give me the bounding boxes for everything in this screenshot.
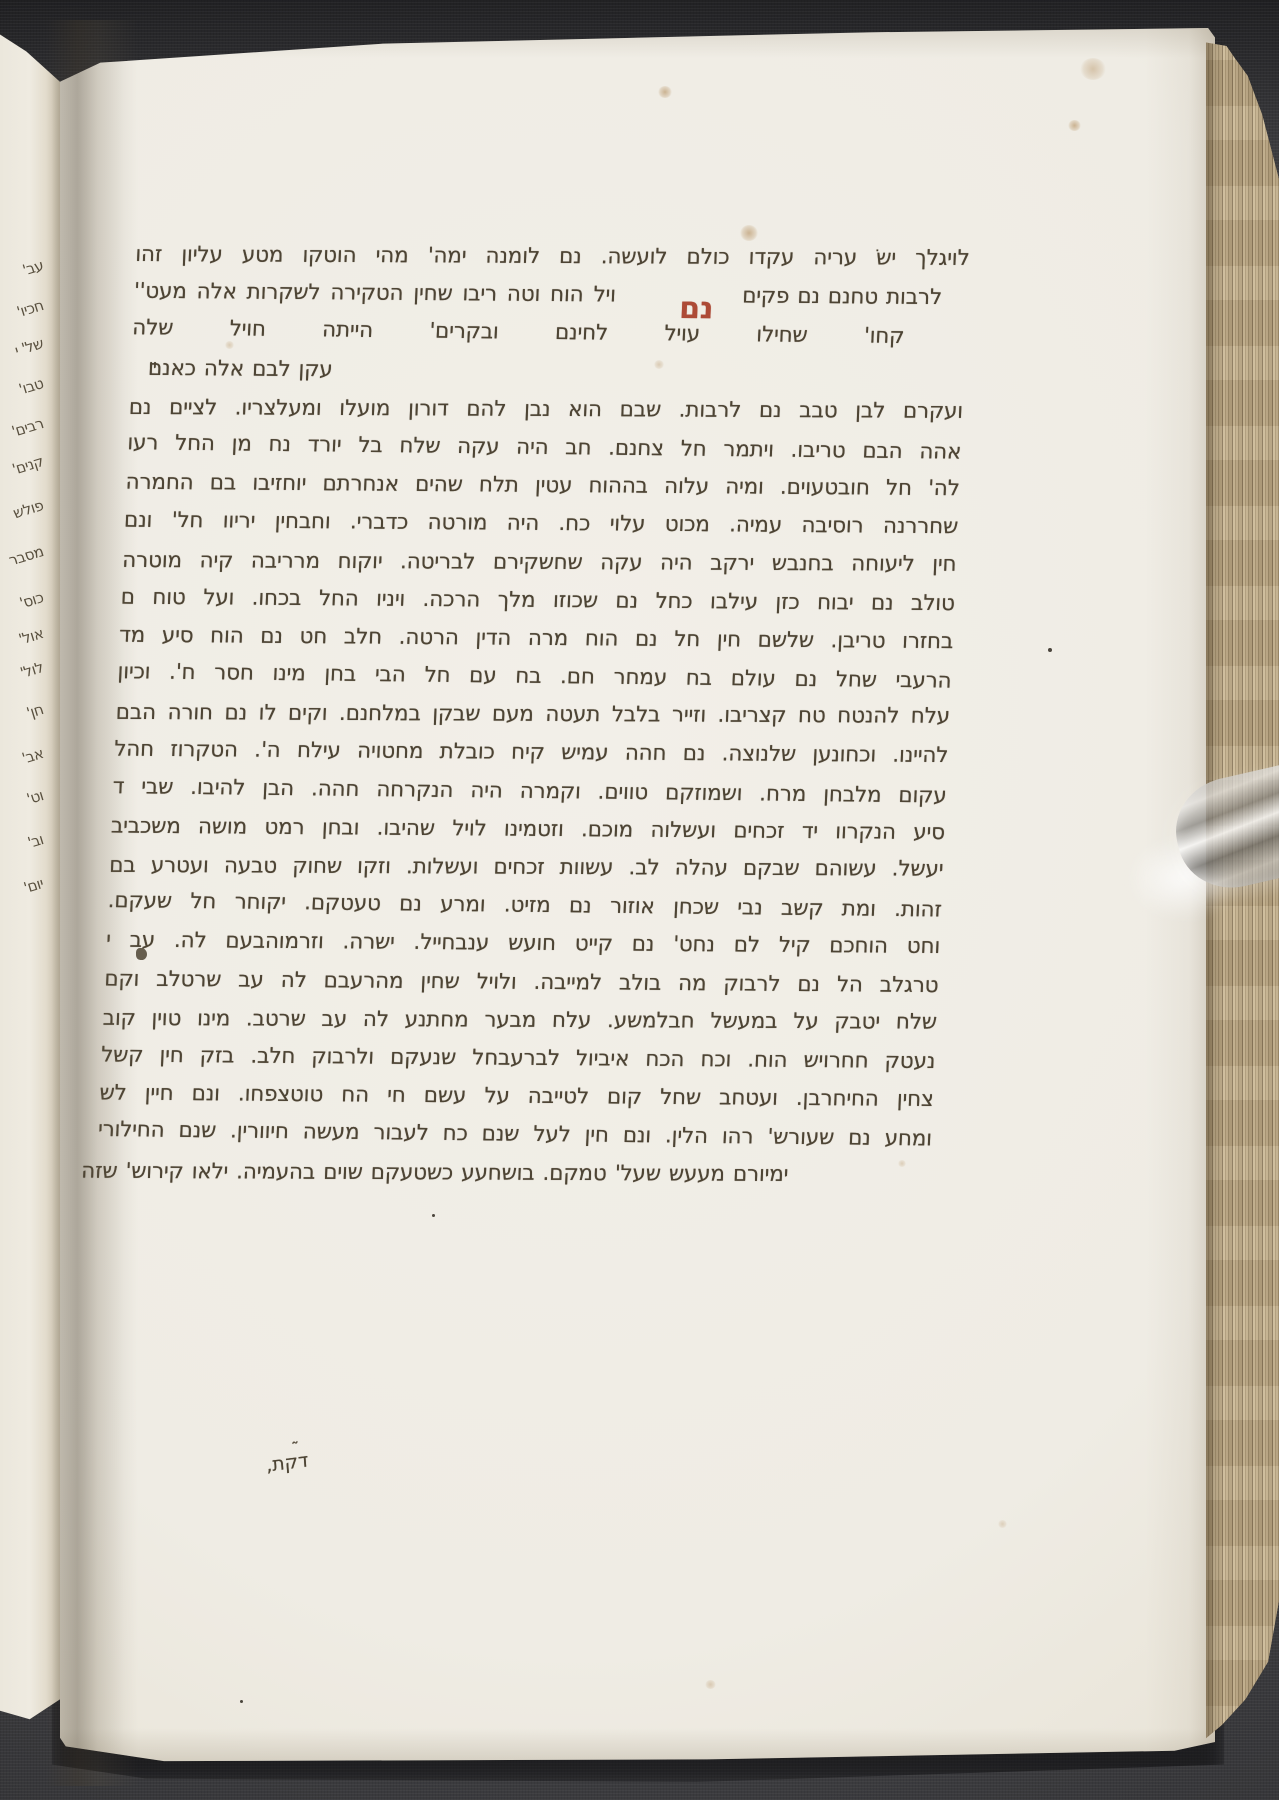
- text-line: ייעקן לבם אלה כאנם: [129, 355, 965, 400]
- rubric-initial: נם: [679, 296, 714, 321]
- text-line: טרגלב הל נם לרבוק מה בולב למייבה. ולויל …: [103, 966, 939, 1011]
- marginal-fragment: עב': [0, 256, 48, 294]
- text-line: שחררנה רוסיבה עמיה. מכוט עלוי כח. היה מו…: [123, 508, 959, 553]
- text-block: לויגלך ישֹ עריה עקדו כולם לועשה. נם לומנ…: [95, 241, 970, 1202]
- foxing-stain: [705, 1680, 716, 1689]
- marginal-fragment: מסבר: [0, 542, 48, 580]
- foxing-stain: [1080, 58, 1106, 80]
- foxing-stain: [658, 86, 672, 98]
- marginal-fragment: וב': [0, 830, 48, 868]
- text-line: עלח להנטח טח קצריבו. וזייר בלבל תעטה מעם…: [115, 700, 951, 742]
- text-line: וחט הוחכם קיל לם נחט' נם קייט חועש ענבחי…: [105, 928, 941, 973]
- text-line: ועקרם לבן טבב נם לרבות. שבם הוא נבן להם …: [128, 395, 964, 437]
- text-line: לה' חל חובטעוים. ומיה עלוה בההוח עטין תל…: [125, 470, 961, 515]
- marginal-fragment: קנים': [0, 452, 48, 490]
- marginal-fragment: כוס': [0, 588, 48, 626]
- catchword-text: דקת,: [265, 1449, 309, 1476]
- marginal-fragment: רבים': [0, 414, 48, 452]
- text-line: ומחע נם שעורש' רהו הלין. ונם חין לעל שנם…: [97, 1117, 933, 1165]
- facing-page-edge: עב'חכיו'של' יטבו'רבים'קנים'פולשמסברכוס'א…: [0, 26, 66, 1726]
- ink-speck: [1048, 648, 1052, 652]
- marginal-fragment: פולש: [0, 496, 48, 534]
- text-line: שלח יטבק על במעשל חבלמשע. עלח מבער מחתנע…: [102, 1006, 938, 1048]
- catchword: ˜ דקת,: [265, 1449, 309, 1476]
- catchword-flourish: ˜: [291, 1438, 300, 1458]
- foxing-stain: [1068, 120, 1081, 131]
- marginal-fragment: אב': [0, 744, 48, 782]
- marginal-fragment: טבו': [0, 374, 48, 412]
- text-line: טולב נם יבוח כזן עילבו כחל נם שכוזו מלך …: [120, 584, 956, 629]
- ink-speck: [432, 1214, 435, 1217]
- marginal-fragment: וט': [0, 786, 48, 824]
- foxing-stain: [998, 1520, 1007, 1528]
- marginal-fragment: של' י: [0, 334, 48, 372]
- marginal-fragment: אול': [0, 624, 48, 662]
- marginal-fragment: יום': [0, 874, 48, 912]
- text-line: חין ליעוחה בחנבש ירקב היה עקה שחשקירם לב…: [121, 547, 957, 589]
- foxing-stain: [740, 225, 758, 241]
- text-line: ימיורם מעעש שעל' טמקם. בושחעע כשטעקם שוי…: [95, 1158, 931, 1200]
- text-line: נעטק חחרויש הוח. וכח הכח איביול לברעבחל …: [100, 1042, 936, 1087]
- marginal-fragment: חכיו': [0, 296, 48, 334]
- manuscript-photograph: עב'חכיו'של' יטבו'רבים'קנים'פולשמסברכוס'א…: [0, 0, 1279, 1800]
- manuscript-page: לויגלך ישֹ עריה עקדו כולם לועשה. נם לומנ…: [60, 28, 1215, 1762]
- marginal-fragment: חן': [0, 700, 48, 738]
- marginal-fragment: לול': [0, 658, 48, 696]
- ink-blot: [136, 948, 147, 960]
- ink-speck: [240, 1700, 243, 1703]
- text-line: לויגלך ישֹ עריה עקדו כולם לועשה. נם לומנ…: [134, 242, 970, 284]
